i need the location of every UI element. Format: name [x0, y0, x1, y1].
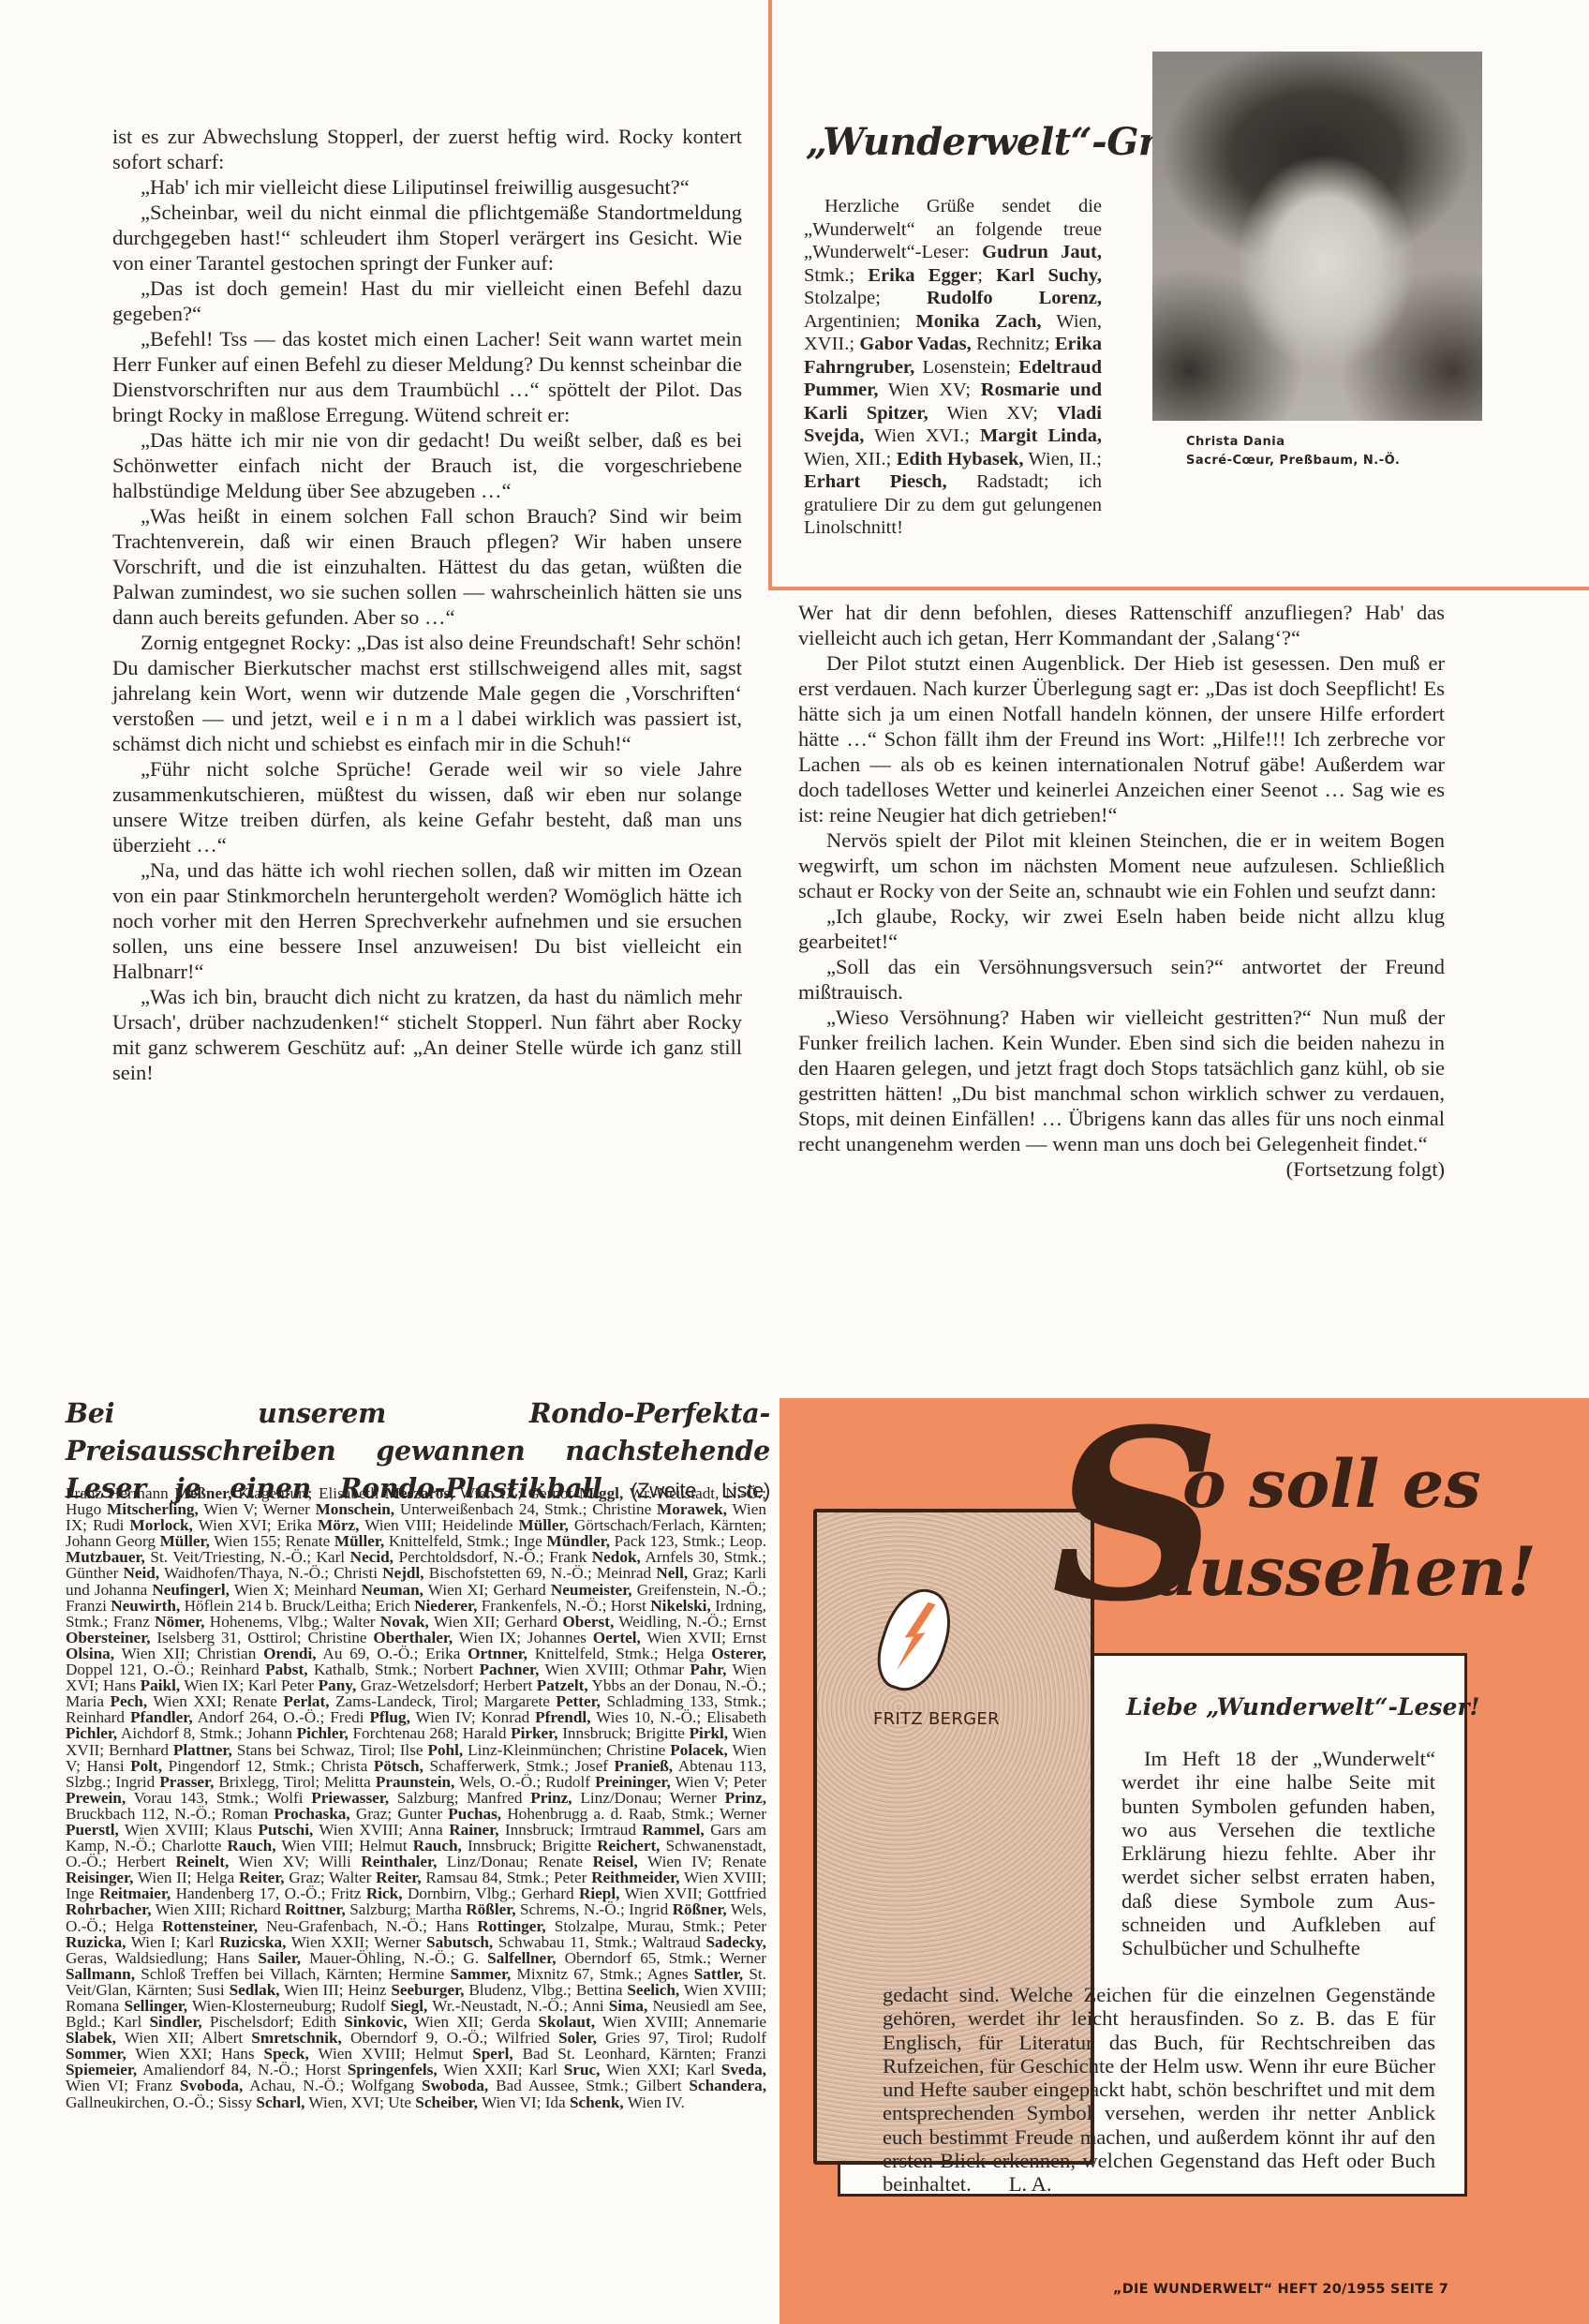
winner-surname: Riepl,: [579, 1885, 619, 1902]
reader-name: Erika Egger: [868, 265, 977, 286]
winner-surname: Scheiber,: [415, 2093, 478, 2111]
winner-surname: Müller,: [160, 1532, 210, 1550]
winner-surname: Perlat,: [283, 1692, 329, 1710]
winner-surname: Svoboda,: [180, 2077, 243, 2094]
story-paragraph: „Was ich bin, braucht dich nicht zu krat…: [112, 984, 742, 1085]
winner-surname: Sattler,: [694, 1965, 743, 1983]
winner-surname: Nell,: [656, 1564, 688, 1582]
ad-headline: S o soll es aussehen!: [1051, 1417, 1576, 1614]
winner-surname: Oertel,: [593, 1629, 641, 1646]
winner-surname: Pichler,: [66, 1724, 117, 1742]
story-paragraph: Wer hat dir denn befohlen, dieses Ratten…: [798, 600, 1445, 650]
winner-surname: Rohrbacher,: [66, 1900, 152, 1918]
winner-surname: Nikelski,: [650, 1597, 710, 1615]
letter-signature: L. A.: [1009, 2172, 1052, 2196]
photo-caption: Christa Dania Sacré-Cœur, Preßbaum, N.-Ö…: [1186, 433, 1400, 470]
story-paragraph: „Na, und das hätte ich wohl riechen soll…: [112, 857, 742, 984]
winner-surname: Scharl,: [256, 2093, 304, 2111]
winner-surname: Reinelt,: [176, 1853, 230, 1870]
story-paragraph: „Führ nicht solche Sprüche! Gerade weil …: [112, 756, 742, 857]
winner-surname: Rößner,: [673, 1900, 727, 1918]
winner-surname: Schandera,: [689, 2077, 766, 2094]
reader-name: Gudrun Jaut,: [982, 242, 1102, 262]
winner-surname: Sabutsch,: [426, 1933, 493, 1951]
story-paragraph: Der Pilot stutzt einen Augenblick. Der H…: [798, 650, 1445, 827]
winner-surname: Puerstl,: [66, 1821, 119, 1839]
story-paragraph: „Scheinbar, weil du nicht einmal die pfl…: [112, 200, 742, 276]
headline-line-2: aussehen!: [1154, 1531, 1537, 1611]
winner-surname: Pabst,: [265, 1661, 307, 1678]
winner-surname: Roittner,: [285, 1900, 346, 1918]
winner-surname: Prinz,: [725, 1789, 766, 1807]
winner-surname: Ruzicka,: [66, 1933, 126, 1951]
story-paragraph: „Befehl! Tss — das kostet mich einen Lac…: [112, 326, 742, 427]
letter-text-top: Im Heft 18 der „Wunder­welt“ werdet ihr …: [1121, 1747, 1435, 1959]
continuation-note: (Fortsetzung folgt): [798, 1156, 1445, 1182]
winner-surname: Prewein,: [66, 1789, 126, 1807]
winner-surname: Prinz,: [530, 1789, 572, 1807]
story-paragraph: „Hab' ich mir vielleicht diese Liliputin…: [112, 174, 742, 200]
winner-surname: Pahr,: [690, 1661, 726, 1678]
winner-surname: Preininger,: [595, 1773, 671, 1791]
greetings-text: Herzliche Grüße sendet die „Wunderwelt“ …: [804, 195, 1102, 540]
winner-surname: Polacek,: [670, 1741, 728, 1759]
winner-surname: Neumeister,: [551, 1581, 632, 1599]
winner-surname: Pachner,: [480, 1661, 540, 1678]
story-paragraph: „Ich glaube, Rocky, wir zwei Eseln haben…: [798, 903, 1445, 954]
reader-name: Erhart Piesch,: [804, 471, 947, 492]
letter-text-bottom: gedacht sind. Welche Zeichen für die ein…: [883, 1983, 1435, 2196]
book-label: FRITZ BERGER: [873, 1709, 1000, 1729]
reader-name: Rudolfo Lorenz,: [927, 288, 1102, 308]
winner-surname: Meszaros,: [385, 1484, 454, 1502]
winner-surname: Pfandler,: [130, 1708, 193, 1726]
story-paragraph: „Soll das ein Versöhnungsversuch sein?“ …: [798, 954, 1445, 1005]
letter-body-bottom: gedacht sind. Welche Zeichen für die ein…: [883, 1983, 1435, 2197]
winner-surname: Sedlak,: [230, 1981, 280, 1999]
winner-surname: Pichler,: [297, 1724, 349, 1742]
reader-name: Karl Suchy,: [996, 265, 1102, 286]
winner-surname: Schenk,: [570, 2093, 624, 2111]
letter-title: Liebe „Wunderwelt“-Leser!: [1126, 1693, 1480, 1721]
winner-surname: Nömer,: [155, 1613, 204, 1631]
story-paragraph: „Das hätte ich mir nie von dir gedacht! …: [112, 427, 742, 503]
winner-surname: Sperl,: [472, 2045, 512, 2063]
winner-surname: Pflug,: [369, 1708, 409, 1726]
story-paragraph: „Was heißt in einem solchen Fall schon B…: [112, 503, 742, 630]
winner-surname: Paikl,: [141, 1676, 181, 1694]
winner-surname: Reiter,: [239, 1869, 285, 1886]
winner-surname: Oberthaler,: [373, 1629, 453, 1646]
winner-surname: Pirker,: [511, 1724, 557, 1742]
winner-surname: Miggl,: [579, 1484, 623, 1502]
lightning-logo-icon: [868, 1580, 960, 1700]
story-paragraph: „Das ist doch gemein! Hast du mir vielle…: [112, 276, 742, 326]
winner-surname: Soler,: [558, 2029, 597, 2047]
page-footer: „DIE WUNDERWELT“ HEFT 20/1955 SEITE 7: [1113, 2282, 1448, 2297]
winner-surname: Polt,: [130, 1757, 162, 1775]
winner-surname: Plattner,: [173, 1741, 232, 1759]
winner-surname: Sruc,: [564, 2061, 601, 2078]
prize-winner-list: Franz Hermann Meßner, Klagenfurt; Elisab…: [66, 1485, 766, 2110]
reader-name: Monika Zach,: [915, 311, 1041, 332]
winner-surname: Sinkovic,: [344, 2013, 407, 2031]
photo-caption-name: Christa Dania: [1186, 433, 1400, 452]
story-right-column: Wer hat dir denn befohlen, dieses Ratten…: [798, 600, 1445, 1182]
winner-surname: Morawek,: [657, 1500, 727, 1518]
winner-surname: Rauch,: [227, 1837, 275, 1855]
winner-surname: Speck,: [264, 2045, 309, 2063]
headline-line-1: o soll es: [1182, 1445, 1481, 1523]
story-paragraph: „Wieso Versöhnung? Haben wir vielleicht …: [798, 1005, 1445, 1156]
story-paragraph: Zornig entgegnet Rocky: „Das ist also de…: [112, 630, 742, 756]
winner-surname: Rick,: [366, 1885, 403, 1902]
ad-box: FRITZ BERGER S o soll es aussehen! Liebe…: [780, 1398, 1589, 2324]
winner-surname: Sima,: [609, 1997, 648, 2015]
greetings-box: „Wunderwelt“-Grüße: Herzliche Grüße send…: [768, 0, 1589, 590]
winner-surname: Prasser,: [159, 1773, 214, 1791]
photo-caption-place: Sacré-Cœur, Preßbaum, N.-Ö.: [1186, 452, 1400, 470]
winner-surname: Nedok,: [592, 1548, 641, 1566]
story-left-column: ist es zur Abwechslung Stopperl, der zue…: [112, 124, 742, 1085]
winner-surname: Olsina,: [66, 1645, 114, 1662]
reader-name: Edith Hybasek,: [897, 449, 1024, 469]
reader-photo: [1152, 52, 1482, 421]
story-paragraph: Nervös spielt der Pilot mit kleinen Stei…: [798, 827, 1445, 903]
winner-surname: Sindler,: [149, 2013, 201, 2031]
winner-surname: Sallmann,: [66, 1965, 135, 1983]
letter-body-top: Im Heft 18 der „Wunder­welt“ werdet ihr …: [1121, 1747, 1435, 1960]
reader-name: Gabor Vadas,: [859, 334, 971, 354]
winner-surname: Sadecky,: [706, 1933, 766, 1951]
winner-surname: Sailer,: [258, 1949, 301, 1967]
story-paragraph: ist es zur Abwechslung Stopperl, der zue…: [112, 124, 742, 174]
winner-surname: Spiemeier,: [66, 2061, 137, 2078]
winner-surname: Pohl,: [427, 1741, 463, 1759]
reader-name: Margit Linda,: [980, 425, 1102, 446]
